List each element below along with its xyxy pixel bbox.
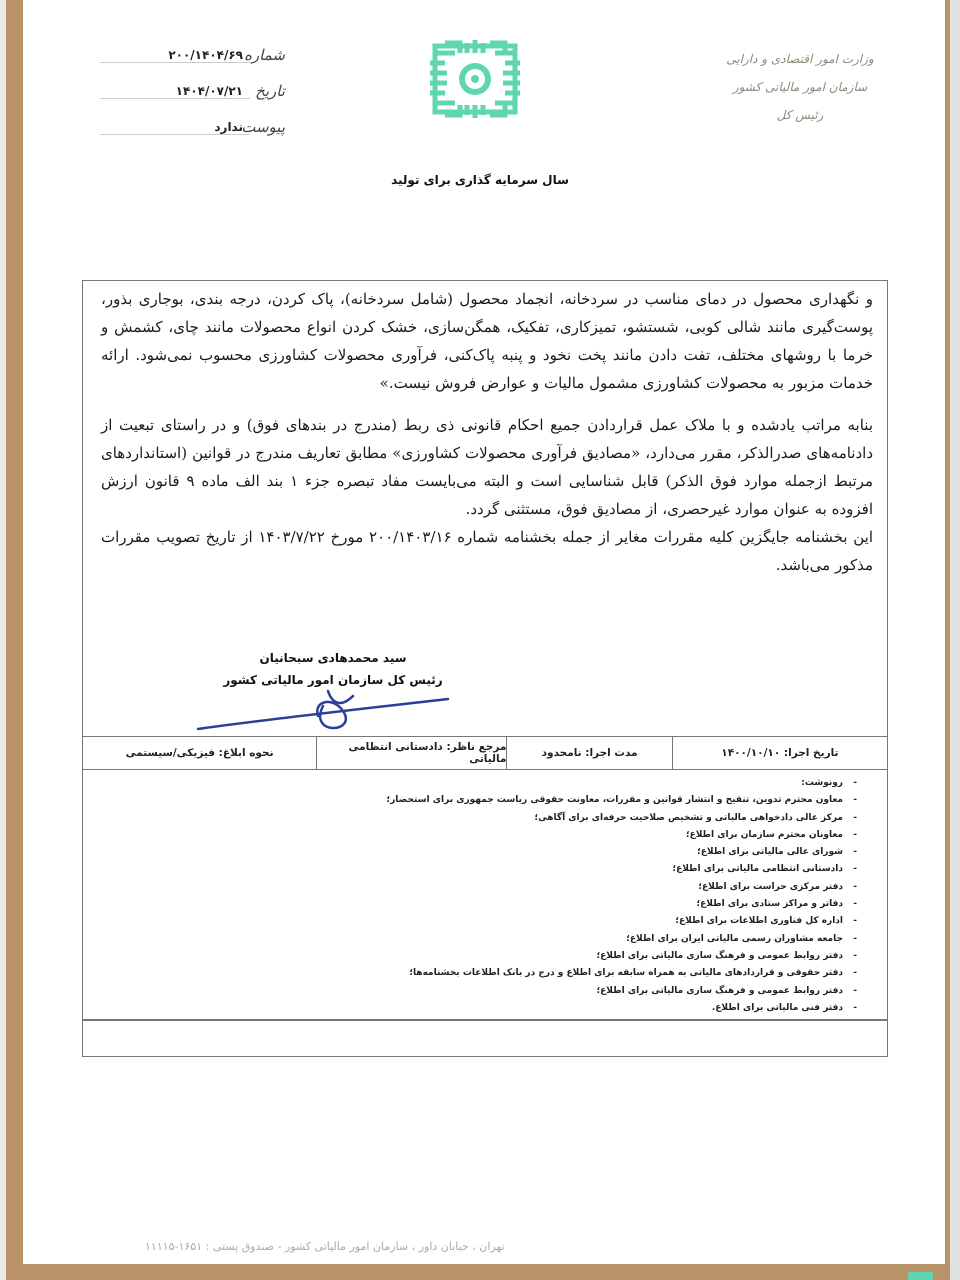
letter-body-box: و نگهداری محصول در دمای مناسب در سردخانه…: [82, 280, 888, 1057]
bottom-divider: [83, 1019, 887, 1021]
attachment-value: ندارد: [210, 120, 243, 134]
cc-item: -معاونان محترم سازمان برای اطلاع؛: [387, 827, 857, 844]
date-value: ۱۴۰۴/۰۷/۲۱: [172, 84, 243, 98]
cc-item: -دادستانی انتظامی مالیاتی برای اطلاع؛: [387, 861, 857, 878]
number-value: ۲۰۰/۱۴۰۴/۶۹: [164, 48, 243, 62]
carbon-copy-list: -رونوشت: -معاون محترم تدوین، تنقیح و انت…: [387, 775, 857, 1017]
execution-info-row: تاریخ اجرا: ۱۴۰۰/۱۰/۱۰ مدت اجرا: نامحدود…: [83, 736, 887, 770]
cc-item: -اداره کل فناوری اطلاعات برای اطلاع؛: [387, 913, 857, 930]
office-title: رئیس کل: [700, 101, 900, 129]
tax-organization-logo-icon: [425, 38, 525, 120]
letter-body: و نگهداری محصول در دمای مناسب در سردخانه…: [101, 285, 873, 579]
cc-title: -رونوشت:: [387, 775, 857, 792]
ministry-name: وزارت امور اقتصادی و دارایی: [700, 45, 900, 73]
number-row: شماره ۲۰۰/۱۴۰۴/۶۹: [100, 40, 285, 76]
cc-item: -دفتر روابط عمومی و فرهنگ سازی مالیاتی ب…: [387, 983, 857, 1000]
year-slogan: سال سرمایه گذاری برای تولید: [380, 173, 580, 187]
number-label: شماره: [244, 46, 285, 64]
cc-item: -دفتر فنی مالیاتی برای اطلاع.: [387, 1000, 857, 1017]
paragraph-1: و نگهداری محصول در دمای مناسب در سردخانه…: [101, 285, 873, 397]
ministry-letterhead: وزارت امور اقتصادی و دارایی سازمان امور …: [700, 45, 900, 129]
paragraph-2: بنابه مراتب یادشده و با ملاک عمل قرارداد…: [101, 411, 873, 523]
supervisor-cell: مرجع ناظر: دادستانی انتظامی مالیاتی: [316, 737, 506, 769]
signature-block: سید محمدهادی سبحانیان رئیس کل سازمان امو…: [193, 651, 473, 687]
scroll-edge: [950, 0, 960, 1280]
cc-item: -دفتر روابط عمومی و فرهنگ سازی مالیاتی ب…: [387, 948, 857, 965]
notification-method-cell: نحوه ابلاغ: فیزیکی/سیستمی: [83, 737, 316, 769]
date-label: تاریخ: [255, 82, 285, 100]
cc-item: -مرکز عالی دادخواهی مالیاتی و تشخیص صلاح…: [387, 810, 857, 827]
cc-item: -شورای عالی مالیاتی برای اطلاع؛: [387, 844, 857, 861]
cc-item: -دفتر مرکزی حراست برای اطلاع؛: [387, 879, 857, 896]
cc-item: -دفاتر و مراکز ستادی برای اطلاع؛: [387, 896, 857, 913]
paragraph-3: این بخشنامه جایگزین کلیه مقررات مغایر از…: [101, 523, 873, 579]
date-row: تاریخ ۱۴۰۴/۰۷/۲۱: [100, 76, 285, 112]
date-line: [100, 98, 250, 99]
cc-item: -دفتر حقوقی و قراردادهای مالیاتی به همرا…: [387, 965, 857, 982]
letter-meta: شماره ۲۰۰/۱۴۰۴/۶۹ تاریخ ۱۴۰۴/۰۷/۲۱ پیوست…: [100, 40, 285, 148]
duration-cell: مدت اجرا: نامحدود: [506, 737, 671, 769]
organization-name: سازمان امور مالیاتی کشور: [700, 73, 900, 101]
page-tab-marker: [908, 1272, 933, 1280]
cc-item: -معاون محترم تدوین، تنقیح و انتشار قوانی…: [387, 792, 857, 809]
attachment-line: [100, 134, 250, 135]
footer-address: تهران ، خیابان داور ، سازمان امور مالیات…: [145, 1240, 745, 1253]
number-line: [100, 62, 250, 63]
cc-item: -جامعه مشاوران رسمی مالیاتی ایران برای ا…: [387, 931, 857, 948]
signature-scribble-icon: [193, 661, 473, 731]
attachment-row: پیوست ندارد: [100, 112, 285, 148]
effective-date-cell: تاریخ اجرا: ۱۴۰۰/۱۰/۱۰: [672, 737, 887, 769]
